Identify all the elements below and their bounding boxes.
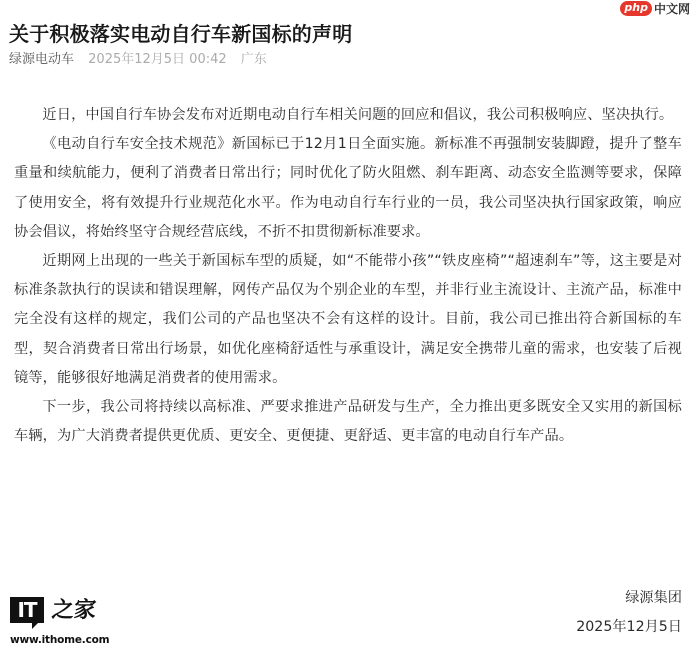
- speech-tail-icon: [32, 623, 38, 629]
- signature-block: 绿源集团 2025年12月5日: [576, 584, 682, 642]
- paragraph-standard: 《电动自行车安全技术规范》新国标已于12月1日全面实施。新标准不再强制安装脚蹬，…: [14, 130, 682, 247]
- article-source[interactable]: 绿源电动车: [9, 52, 74, 67]
- publish-time: 2025年12月5日 00:42: [88, 52, 227, 67]
- watermark-site-name: 中文网: [654, 2, 690, 16]
- zhijia-calligraphy: 之家: [50, 595, 97, 625]
- article-title: 关于积极落实电动自行车新国标的声明: [9, 20, 352, 48]
- article-body: 近日，中国自行车协会发布对近期电动自行车相关问题的回应和倡议，我公司积极响应、坚…: [14, 101, 682, 451]
- php-cn-watermark: php 中文网: [620, 1, 690, 16]
- paragraph-next-steps: 下一步，我公司将持续以高标准、严要求推进产品研发与生产，全力推出更多既安全又实用…: [14, 393, 682, 451]
- signature-company: 绿源集团: [576, 584, 682, 613]
- ithome-url: www.ithome.com: [10, 634, 109, 646]
- signature-date: 2025年12月5日: [576, 613, 682, 642]
- php-logo-icon: php: [620, 1, 652, 16]
- article-meta: 绿源电动车 2025年12月5日 00:42 广东: [9, 50, 267, 70]
- it-mark-icon: IT: [10, 597, 44, 623]
- paragraph-intro: 近日，中国自行车协会发布对近期电动自行车相关问题的回应和倡议，我公司积极响应、坚…: [14, 101, 682, 130]
- paragraph-clarification: 近期网上出现的一些关于新国标车型的质疑，如“不能带小孩”“铁皮座椅”“超速刹车”…: [14, 247, 682, 393]
- publish-region: 广东: [241, 52, 267, 67]
- ithome-logo: IT 之家 www.ithome.com: [10, 597, 102, 653]
